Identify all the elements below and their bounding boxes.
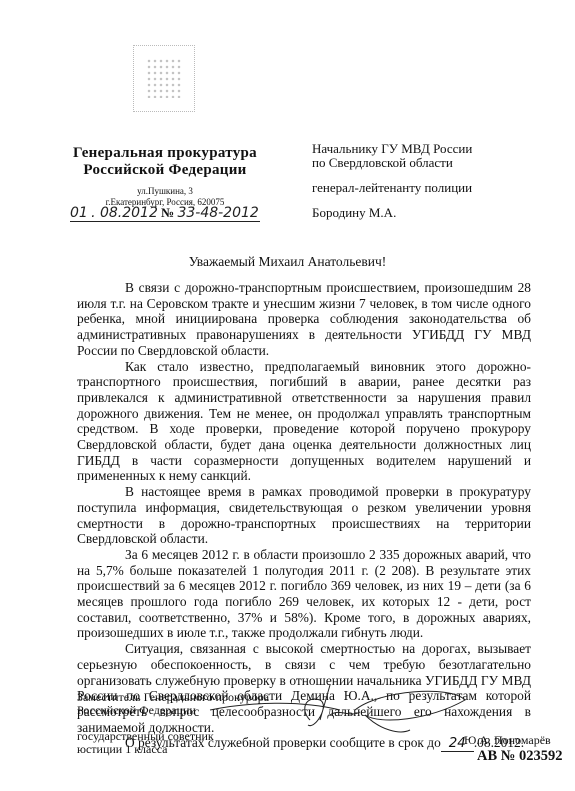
recipient-position: Начальнику ГУ МВД России <box>312 141 472 156</box>
recipient-region: по Свердловской области <box>312 155 453 170</box>
recipient-block: Начальнику ГУ МВД России по Свердловской… <box>312 142 552 231</box>
org-line-2: Российской Федерации <box>70 162 260 179</box>
paragraph: В связи с дорожно-транспортным происшест… <box>77 280 531 359</box>
organization-name: Генеральная прокуратура Российской Федер… <box>70 145 260 179</box>
recipient-rank: генерал-лейтенанту полиции <box>312 181 552 195</box>
greeting: Уважаемый Михаил Анатольевич! <box>0 254 575 270</box>
signatory-rank-class: юстиции 1 класса <box>77 742 168 756</box>
paragraph: В настоящее время в рамках проводимой пр… <box>77 484 531 547</box>
date-day-handwritten: 01 <box>70 205 88 221</box>
handwritten-signature-icon <box>190 680 470 750</box>
paragraph: За 6 месяцев 2012 г. в области произошло… <box>77 547 531 641</box>
signatory-org: Российской Федерации <box>77 703 196 717</box>
coat-of-arms-icon <box>133 45 195 112</box>
paragraph: Как стало известно, предполагаемый винов… <box>77 359 531 485</box>
org-line-1: Генеральная прокуратура <box>70 145 260 162</box>
signatory-name: Ю.А. Пономарёв <box>464 733 551 748</box>
registration-line: 01 . 08.2012 № 33-48-2012 <box>70 205 260 222</box>
number-sign: № <box>161 205 174 220</box>
recipient-name: Бородину М.А. <box>312 206 552 220</box>
address-street: ул.Пушкина, 3 <box>70 186 260 197</box>
form-serial-number: АВ № 023592 <box>477 748 562 765</box>
registration-number: 33-48-2012 <box>177 205 258 221</box>
date-month-year: . 08.2012 <box>91 205 158 221</box>
